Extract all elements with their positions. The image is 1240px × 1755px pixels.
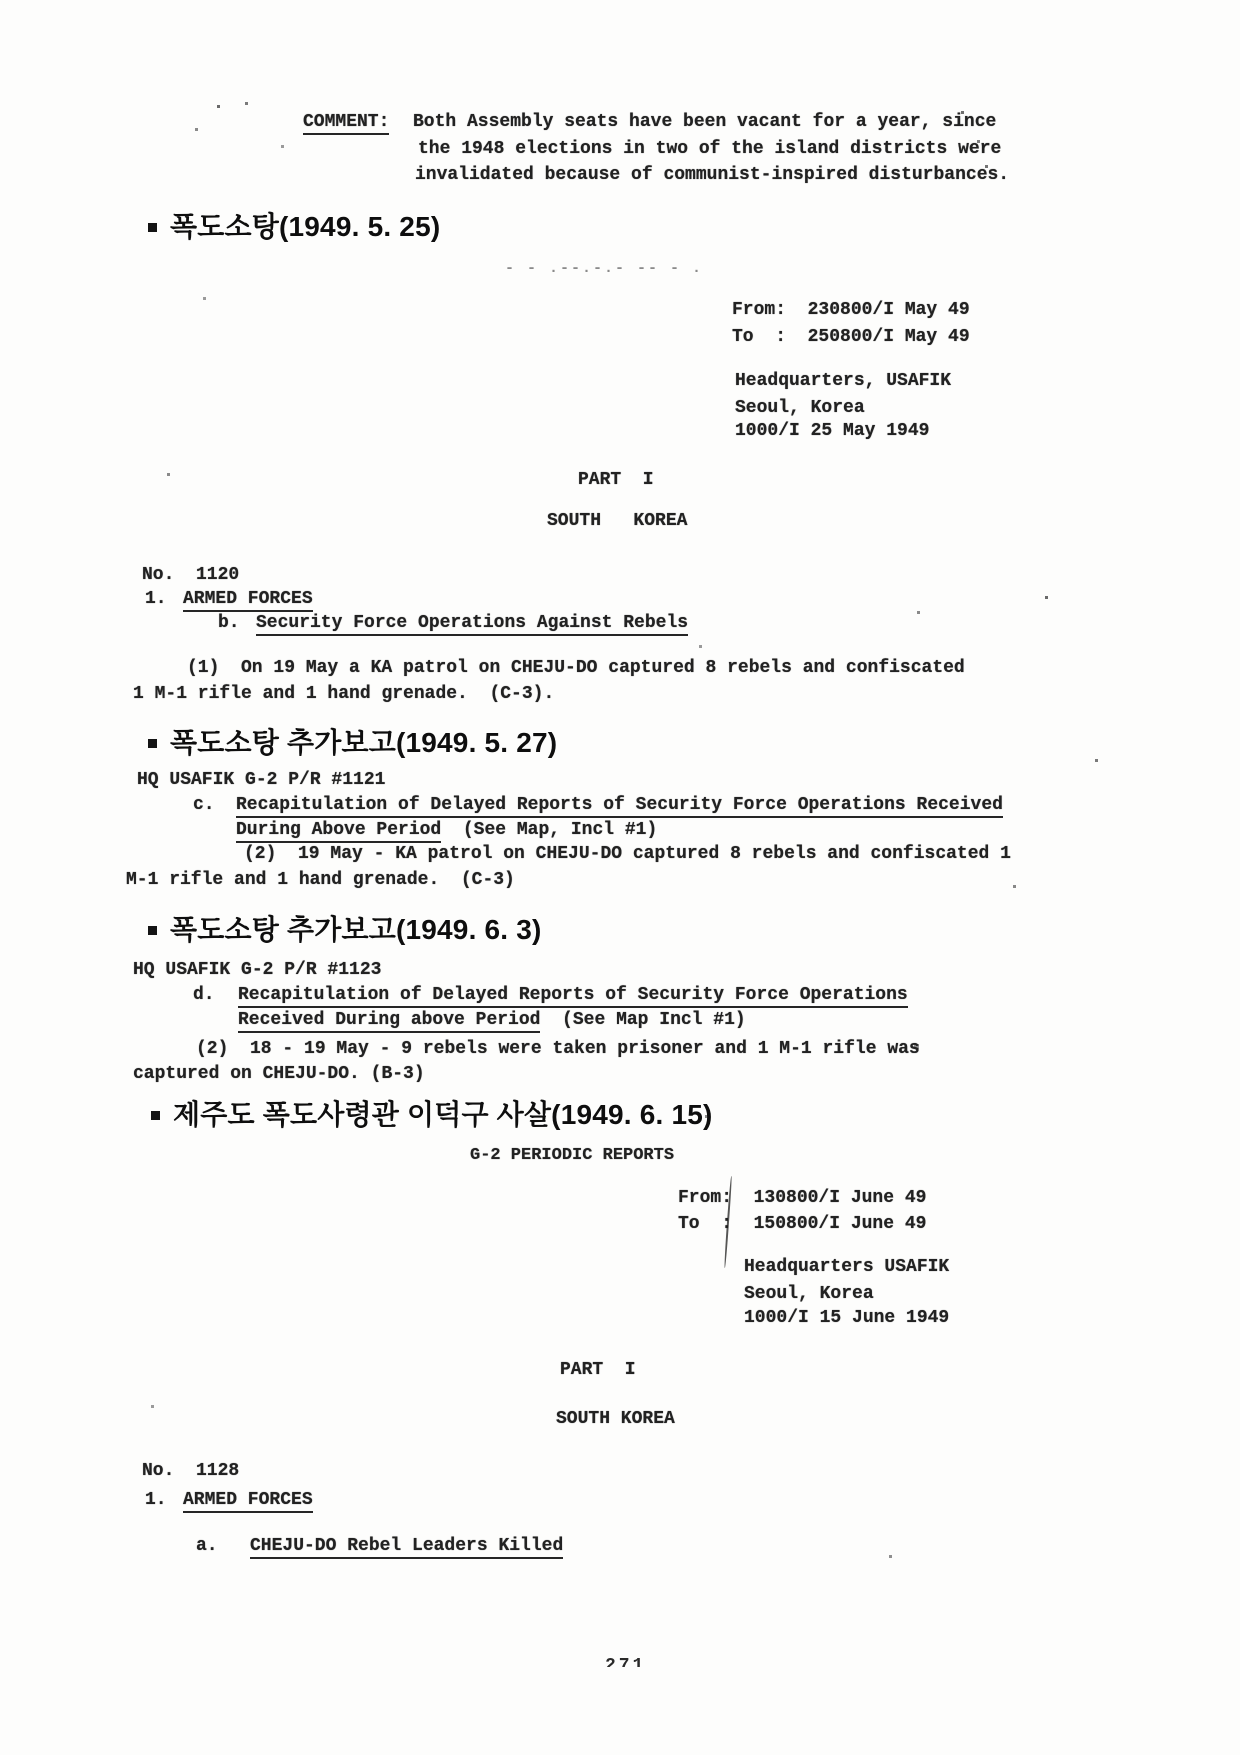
comment-label: COMMENT: bbox=[303, 112, 389, 135]
korean-annotation: 폭도소탕 추가보고(1949. 6. 3) bbox=[148, 913, 542, 947]
square-bullet-icon bbox=[148, 739, 157, 748]
hq-line: Headquarters, USAFIK bbox=[735, 371, 951, 391]
hq-line: Seoul, Korea bbox=[735, 398, 865, 418]
body-line: (2) 18 - 19 May - 9 rebels were taken pr… bbox=[196, 1039, 920, 1059]
report-from-line: From: 130800/I June 49 bbox=[678, 1188, 926, 1208]
korean-annotation-text: 폭도소탕 추가보고(1949. 6. 3) bbox=[170, 913, 542, 947]
part-heading: PART I bbox=[578, 470, 654, 490]
subsection-letter: a. bbox=[196, 1536, 218, 1556]
source-line: HQ USAFIK G-2 P/R #1123 bbox=[133, 960, 381, 980]
body-line: (1) On 19 May a KA patrol on CHEJU-DO ca… bbox=[187, 658, 965, 678]
part-heading: PART I bbox=[560, 1360, 636, 1380]
section-number: 1. bbox=[145, 589, 167, 609]
report-from-line: From: 230800/I May 49 bbox=[732, 300, 970, 320]
page-number-text: 271 bbox=[605, 1656, 646, 1667]
series-heading: G-2 PERIODIC REPORTS bbox=[470, 1146, 674, 1166]
scan-dash-artifact: - - .--.-.- -- - . bbox=[505, 260, 703, 277]
subsection-title-underlined: During Above Period bbox=[236, 820, 441, 843]
subsection-title-underlined: Received During above Period bbox=[238, 1010, 540, 1033]
korean-annotation: 폭도소탕 추가보고(1949. 5. 27) bbox=[148, 726, 557, 760]
korean-annotation-text: 폭도소탕 추가보고(1949. 5. 27) bbox=[170, 726, 557, 760]
hq-line: 1000/I 15 June 1949 bbox=[744, 1308, 949, 1328]
subsection-letter: c. bbox=[193, 795, 215, 815]
korean-annotation: 제주도 폭도사령관 이덕구 사살(1949. 6. 15) bbox=[151, 1098, 713, 1132]
subsection-title: Security Force Operations Against Rebels bbox=[256, 613, 688, 636]
subsection-letter: b. bbox=[218, 613, 240, 633]
hq-line: 1000/I 25 May 1949 bbox=[735, 421, 929, 441]
section-title: ARMED FORCES bbox=[183, 589, 313, 612]
comment-text-line: the 1948 elections in two of the island … bbox=[418, 139, 1001, 159]
body-line: captured on CHEJU-DO. (B-3) bbox=[133, 1064, 425, 1084]
square-bullet-icon bbox=[151, 1111, 160, 1120]
subsection-title-line2: During Above Period (See Map, Incl #1) bbox=[236, 820, 657, 840]
section-number: 1. bbox=[145, 1490, 167, 1510]
report-number: No. 1120 bbox=[142, 565, 239, 585]
korean-annotation-text: 폭도소탕(1949. 5. 25) bbox=[170, 210, 440, 244]
subsection-title: CHEJU-DO Rebel Leaders Killed bbox=[250, 1536, 563, 1559]
subsection-title-suffix: (See Map, Incl #1) bbox=[441, 820, 657, 840]
page-number: 271 bbox=[605, 1656, 646, 1667]
report-to-line: To : 150800/I June 49 bbox=[678, 1214, 926, 1234]
body-line: M-1 rifle and 1 hand grenade. (C-3) bbox=[126, 870, 515, 890]
square-bullet-icon bbox=[148, 926, 157, 935]
subsection-letter: d. bbox=[193, 985, 215, 1005]
body-line: 1 M-1 rifle and 1 hand grenade. (C-3). bbox=[133, 684, 554, 704]
subsection-title: Recapitulation of Delayed Reports of Sec… bbox=[236, 795, 1003, 818]
hq-line: Seoul, Korea bbox=[744, 1284, 874, 1304]
comment-text-line: invalidated because of communist-inspire… bbox=[415, 165, 1009, 185]
square-bullet-icon bbox=[148, 223, 157, 232]
scan-noise-speckles bbox=[0, 0, 1, 1]
body-line: (2) 19 May - KA patrol on CHEJU-DO captu… bbox=[244, 844, 1011, 864]
source-line: HQ USAFIK G-2 P/R #1121 bbox=[137, 770, 385, 790]
scanned-document-page: COMMENT: Both Assembly seats have been v… bbox=[0, 0, 1240, 1755]
section-title: ARMED FORCES bbox=[183, 1490, 313, 1513]
hq-line: Headquarters USAFIK bbox=[744, 1257, 949, 1277]
region-heading: SOUTH KOREA bbox=[547, 511, 687, 531]
report-to-line: To : 250800/I May 49 bbox=[732, 327, 970, 347]
comment-text-line: Both Assembly seats have been vacant for… bbox=[413, 112, 996, 132]
korean-annotation: 폭도소탕(1949. 5. 25) bbox=[148, 210, 440, 244]
subsection-title-suffix: (See Map Incl #1) bbox=[540, 1010, 745, 1030]
korean-annotation-text: 제주도 폭도사령관 이덕구 사살(1949. 6. 15) bbox=[173, 1098, 713, 1132]
subsection-title: Recapitulation of Delayed Reports of Sec… bbox=[238, 985, 908, 1008]
subsection-title-line2: Received During above Period (See Map In… bbox=[238, 1010, 746, 1030]
region-heading: SOUTH KOREA bbox=[556, 1409, 675, 1429]
report-number: No. 1128 bbox=[142, 1461, 239, 1481]
